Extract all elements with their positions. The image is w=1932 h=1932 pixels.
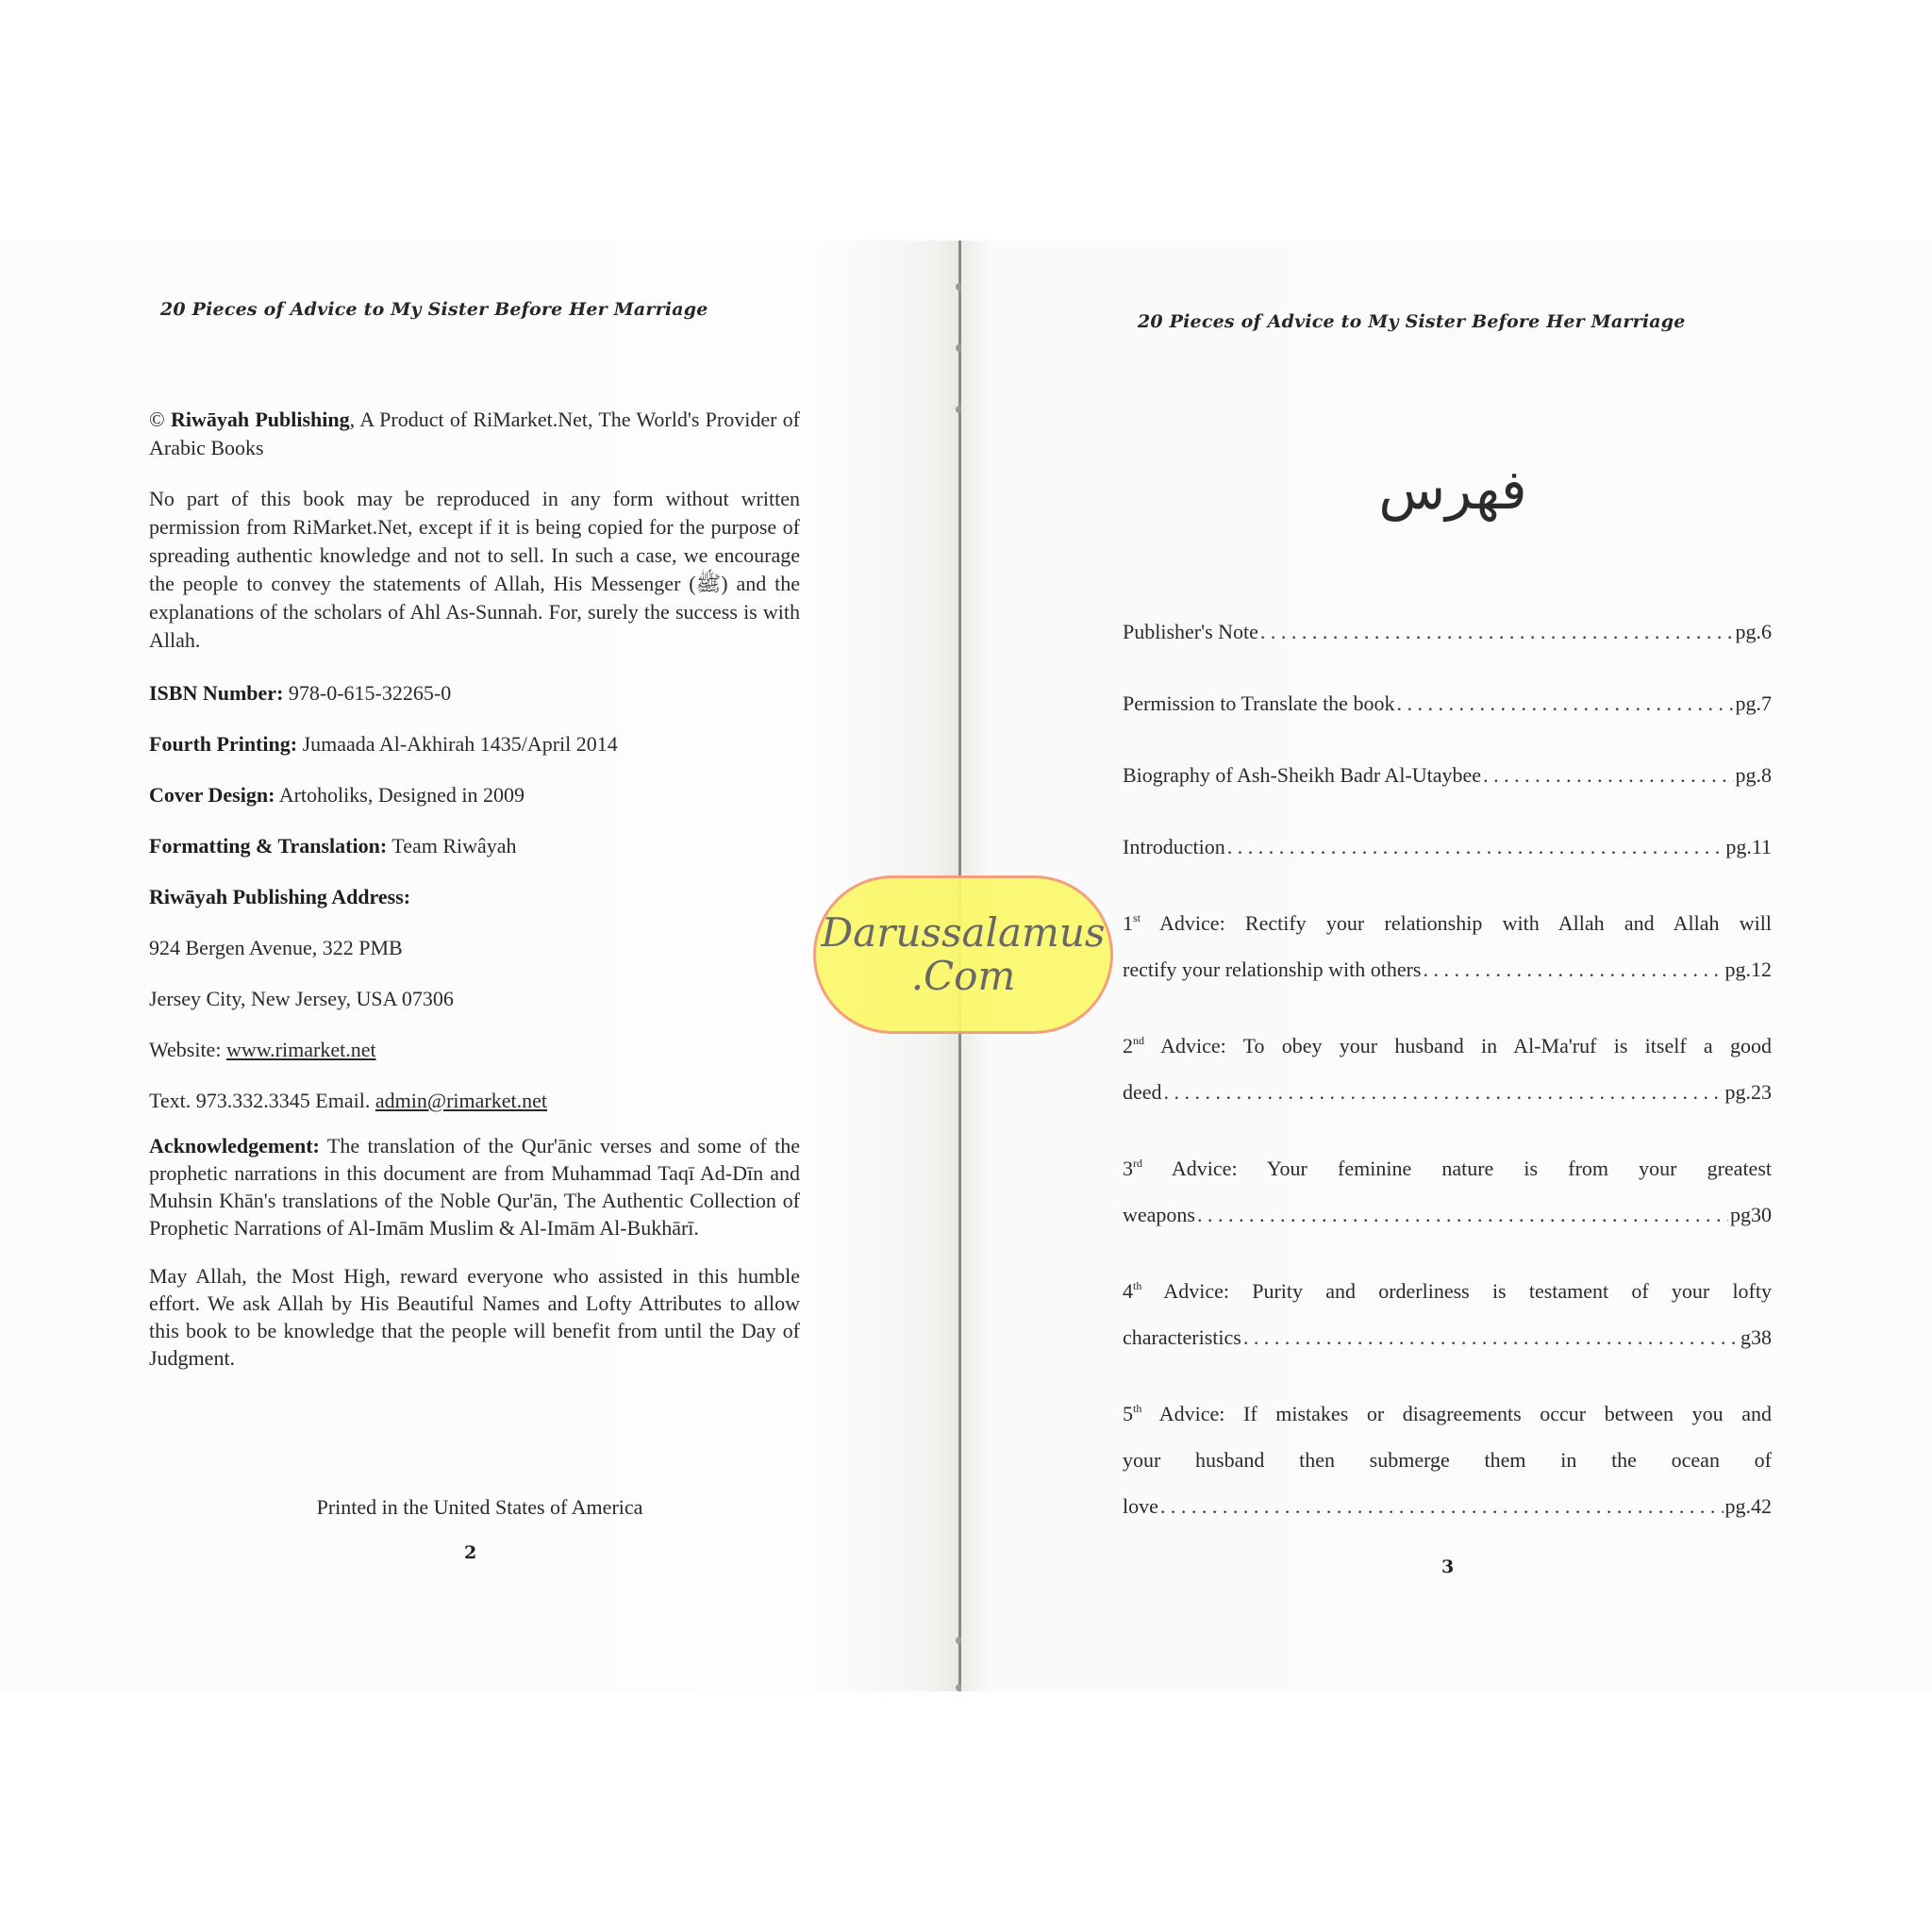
toc-ordinal-suffix: th (1133, 1279, 1141, 1292)
toc-page-ref: pg.42 (1725, 1483, 1773, 1529)
toc-title-text: Permission to Translate the book (1123, 680, 1394, 726)
dot-leader (1243, 1314, 1739, 1360)
toc-page-ref: pg.7 (1736, 680, 1773, 726)
address-line-1: 924 Bergen Avenue, 322 PMB (149, 934, 800, 962)
watermark-badge: Darussalamus .Com (813, 875, 1113, 1034)
toc-entry[interactable]: 2nd Advice: To obey your husband in Al-M… (1123, 1018, 1772, 1115)
toc-ordinal-suffix: nd (1133, 1034, 1144, 1047)
toc-entry-last-line: deedpg.23 (1123, 1069, 1772, 1115)
toc-page-ref: pg30 (1730, 1191, 1772, 1238)
toc-title-text: Publisher's Note (1123, 608, 1258, 655)
toc-entry-title-line: 5th Advice: If mistakes or disagreements… (1123, 1386, 1772, 1437)
toc-entry[interactable]: 1st Advice: Rectify your relationship wi… (1123, 895, 1772, 992)
table-of-contents: Publisher's Notepg.6Permission to Transl… (1123, 608, 1772, 1555)
toc-entry-last-line: characteristicsg38 (1123, 1314, 1772, 1360)
toc-title-text: Introduction (1123, 824, 1225, 870)
toc-ordinal: 2 (1123, 1034, 1133, 1058)
running-head-right: 20 Pieces of Advice to My Sister Before … (1138, 311, 1686, 332)
page-number-right: 3 (1441, 1557, 1454, 1577)
toc-ordinal: 3 (1123, 1157, 1133, 1180)
toc-title-text: weapons (1123, 1191, 1195, 1238)
toc-title-text: characteristics (1123, 1314, 1241, 1360)
info-field: Riwāyah Publishing Address: (149, 883, 800, 911)
info-field-value: Artoholiks, Designed in 2009 (275, 783, 525, 807)
info-field: ISBN Number: 978-0-615-32265-0 (149, 679, 800, 708)
toc-entry-last-line: Permission to Translate the bookpg.7 (1123, 680, 1772, 726)
toc-entry-last-line: weaponspg30 (1123, 1191, 1772, 1238)
dot-leader (1396, 680, 1733, 726)
toc-title-text: Biography of Ash-Sheikh Badr Al-Utaybee (1123, 752, 1481, 798)
copyright-content: © Riwāyah Publishing, A Product of RiMar… (149, 406, 800, 1392)
toc-title-text: Advice: To obey your husband in Al-Ma'ru… (1160, 1034, 1772, 1058)
website-link[interactable]: www.rimarket.net (226, 1038, 376, 1061)
toc-ordinal: 1 (1123, 911, 1133, 935)
website-label: Website: (149, 1038, 226, 1061)
email-link[interactable]: admin@rimarket.net (375, 1089, 547, 1112)
printed-in: Printed in the United States of America (0, 1495, 959, 1520)
info-field-value: Team Riwâyah (387, 834, 516, 858)
toc-ordinal: 4 (1123, 1279, 1133, 1303)
toc-entry[interactable]: Permission to Translate the bookpg.7 (1123, 680, 1772, 726)
toc-entry-title-line: 3rd Advice: Your feminine nature is from… (1123, 1141, 1772, 1191)
toc-entry-last-line: lovepg.42 (1123, 1483, 1772, 1529)
info-field-label: Cover Design: (149, 783, 275, 807)
dot-leader (1483, 752, 1733, 798)
info-field: Cover Design: Artoholiks, Designed in 20… (149, 781, 800, 809)
toc-title-text: Advice: Purity and orderliness is testam… (1163, 1279, 1772, 1303)
toc-title-text: Advice: Rectify your relationship with A… (1159, 911, 1772, 935)
publisher-name: Riwāyah Publishing (171, 408, 350, 431)
info-field-label: ISBN Number: (149, 681, 283, 705)
watermark-line-1: Darussalamus (822, 911, 1106, 955)
dot-leader (1423, 946, 1723, 992)
info-field: Formatting & Translation: Team Riwâyah (149, 832, 800, 860)
info-field-value: 978-0-615-32265-0 (283, 681, 451, 705)
dot-leader (1260, 608, 1734, 655)
info-field-value: Jumaada Al-Akhirah 1435/April 2014 (297, 732, 618, 756)
toc-entry[interactable]: Publisher's Notepg.6 (1123, 608, 1772, 655)
toc-entry[interactable]: 4th Advice: Purity and orderliness is te… (1123, 1263, 1772, 1360)
toc-ordinal-suffix: st (1133, 911, 1141, 924)
toc-entry-last-line: Introductionpg.11 (1123, 824, 1772, 870)
acknowledgement: Acknowledgement: The translation of the … (149, 1132, 800, 1241)
toc-entry-title-line: 2nd Advice: To obey your husband in Al-M… (1123, 1018, 1772, 1069)
toc-title-text: Advice: Your feminine nature is from you… (1172, 1157, 1772, 1180)
copyright-line: © Riwāyah Publishing, A Product of RiMar… (149, 406, 800, 462)
toc-ordinal-suffix: th (1133, 1402, 1141, 1415)
toc-entry[interactable]: 3rd Advice: Your feminine nature is from… (1123, 1141, 1772, 1238)
rights-notice: No part of this book may be reproduced i… (149, 485, 800, 655)
toc-title-text: your husband then submerge them in the o… (1123, 1448, 1772, 1472)
toc-page-ref: pg.11 (1725, 824, 1772, 870)
info-field-label: Formatting & Translation: (149, 834, 387, 858)
toc-page-ref: pg.8 (1736, 752, 1773, 798)
page-number-left: 2 (464, 1542, 476, 1563)
running-head-left: 20 Pieces of Advice to My Sister Before … (160, 299, 708, 320)
contents-heading-arabic: فهرس (1377, 458, 1528, 522)
toc-entry-last-line: rectify your relationship with otherspg.… (1123, 946, 1772, 992)
toc-entry[interactable]: Biography of Ash-Sheikh Badr Al-Utaybeep… (1123, 752, 1772, 798)
info-field: Fourth Printing: Jumaada Al-Akhirah 1435… (149, 730, 800, 758)
acknowledgement-label: Acknowledgement: (149, 1134, 320, 1158)
toc-ordinal: 5 (1123, 1402, 1133, 1425)
toc-entry-title-line: 4th Advice: Purity and orderliness is te… (1123, 1263, 1772, 1314)
toc-title-text: deed (1123, 1069, 1162, 1115)
address-line-2: Jersey City, New Jersey, USA 07306 (149, 985, 800, 1013)
copyright-symbol: © (149, 408, 165, 431)
toc-page-ref: pg.23 (1725, 1069, 1773, 1115)
toc-entry-title-line: 1st Advice: Rectify your relationship wi… (1123, 895, 1772, 946)
toc-entry-title-line: your husband then submerge them in the o… (1123, 1437, 1772, 1483)
toc-title-text: Advice: If mistakes or disagreements occ… (1159, 1402, 1772, 1425)
contact-line: Text. 973.332.3345 Email. admin@rimarket… (149, 1087, 800, 1115)
toc-page-ref: g38 (1740, 1314, 1772, 1360)
toc-page-ref: pg.12 (1725, 946, 1773, 992)
toc-page-ref: pg.6 (1736, 608, 1773, 655)
dot-leader (1197, 1191, 1728, 1238)
info-field-label: Fourth Printing: (149, 732, 297, 756)
toc-ordinal-suffix: rd (1133, 1157, 1142, 1170)
dot-leader (1227, 824, 1724, 870)
website-line: Website: www.rimarket.net (149, 1036, 800, 1064)
contact-text: Text. 973.332.3345 Email. (149, 1089, 375, 1112)
dua-paragraph: May Allah, the Most High, reward everyon… (149, 1262, 800, 1372)
dot-leader (1164, 1069, 1724, 1115)
toc-entry[interactable]: 5th Advice: If mistakes or disagreements… (1123, 1386, 1772, 1529)
toc-entry-last-line: Biography of Ash-Sheikh Badr Al-Utaybeep… (1123, 752, 1772, 798)
toc-entry-last-line: Publisher's Notepg.6 (1123, 608, 1772, 655)
toc-title-text: rectify your relationship with others (1123, 946, 1421, 992)
toc-entry[interactable]: Introductionpg.11 (1123, 824, 1772, 870)
toc-title-text: love (1123, 1483, 1158, 1529)
dot-leader (1160, 1483, 1724, 1529)
info-field-label: Riwāyah Publishing Address: (149, 885, 410, 908)
watermark-line-2: .Com (911, 955, 1016, 998)
